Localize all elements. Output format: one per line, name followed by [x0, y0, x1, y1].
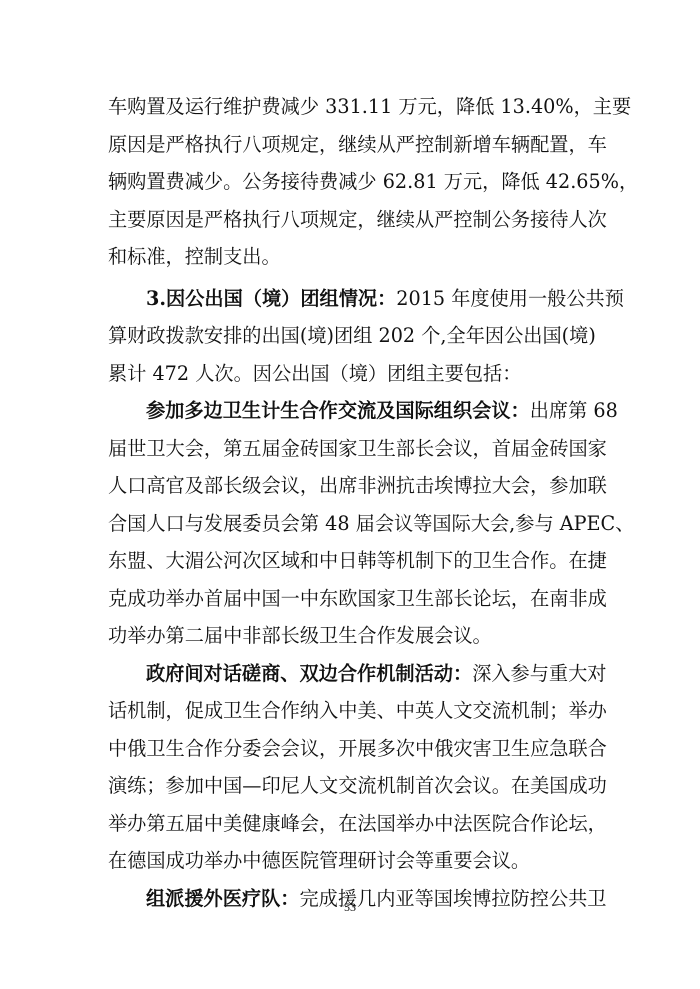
text-line: 累计 472 人次。因公出国（境）团组主要包括： [108, 355, 591, 393]
text-line: 在德国成功举办中德医院管理研讨会等重要会议。 [108, 842, 591, 880]
text-line: 算财政拨款安排的出国(境)团组 202 个,全年因公出国(境) [108, 317, 591, 355]
section-heading-line: 政府间对话磋商、双边合作机制活动：深入参与重大对 [108, 655, 591, 693]
document-body: 车购置及运行维护费减少 331.11 万元，降低 13.40%，主要 原因是严格… [108, 88, 591, 917]
text-line: 原因是严格执行八项规定，继续从严控制新增车辆配置，车 [108, 126, 591, 164]
text-line: 中俄卫生合作分委会会议，开展多次中俄灾害卫生应急联合 [108, 730, 591, 768]
text-run: 深入参与重大对 [472, 662, 606, 685]
text-line: 话机制，促成卫生合作纳入中美、中英人文交流机制；举办 [108, 692, 591, 730]
text-line: 辆购置费减少。公务接待费减少 62.81 万元，降低 42.65%， [108, 163, 591, 201]
text-line: 功举办第二届中非部长级卫生合作发展会议。 [108, 617, 591, 655]
section-heading-line: 参加多边卫生计生合作交流及国际组织会议：出席第 68 [108, 392, 591, 430]
section-heading-line: 3.因公出国（境）团组情况：2015 年度使用一般公共预 [108, 280, 591, 318]
section-heading: 政府间对话磋商、双边合作机制活动： [146, 662, 472, 685]
text-line: 主要原因是严格执行八项规定，继续从严控制公务接待人次 [108, 201, 591, 239]
text-line: 克成功举办首届中国一中东欧国家卫生部长论坛，在南非成 [108, 580, 591, 618]
text-line: 车购置及运行维护费减少 331.11 万元，降低 13.40%，主要 [108, 88, 591, 126]
text-run: 出席第 68 [530, 399, 618, 422]
text-run: 2015 年度使用一般公共预 [396, 287, 624, 310]
text-line: 合国人口与发展委员会第 48 届会议等国际大会,参与 APEC、 [108, 505, 591, 543]
text-line: 演练；参加中国—印尼人文交流机制首次会议。在美国成功 [108, 767, 591, 805]
page-number: 53 [0, 900, 700, 915]
text-line: 东盟、大湄公河次区域和中日韩等机制下的卫生合作。在捷 [108, 542, 591, 580]
text-line: 届世卫大会，第五届金砖国家卫生部长会议，首届金砖国家 [108, 430, 591, 468]
text-line: 和标准，控制支出。 [108, 238, 591, 276]
section-heading: 参加多边卫生计生合作交流及国际组织会议： [146, 399, 530, 422]
text-line: 举办第五届中美健康峰会，在法国举办中法医院合作论坛， [108, 805, 591, 843]
text-line: 人口高官及部长级会议，出席非洲抗击埃博拉大会，参加联 [108, 467, 591, 505]
section-heading: 3.因公出国（境）团组情况： [146, 287, 396, 310]
